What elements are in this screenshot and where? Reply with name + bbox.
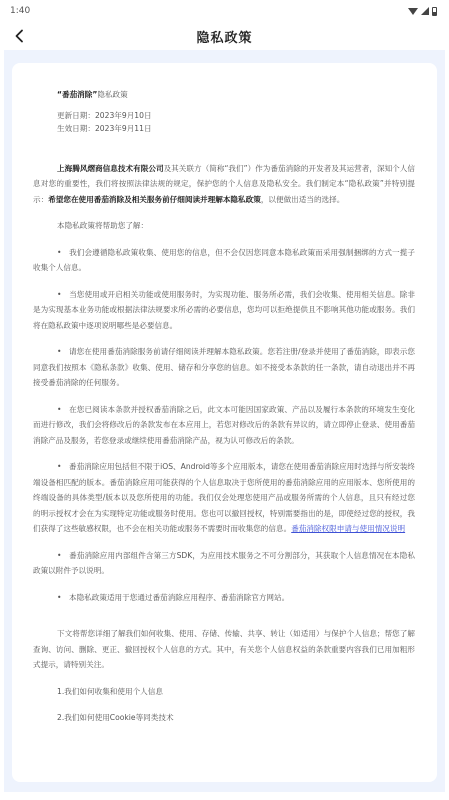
bullet-item: •我们会遵循隐私政策收集、使用您的信息，但不会仅因您同意本隐私政策而采用强制捆绑… bbox=[33, 245, 415, 276]
page-title: 隐私政策 bbox=[196, 27, 252, 46]
bullet-icon: • bbox=[57, 402, 69, 418]
content-area: “番茄消除”隐私政策 更新日期：2023年9月10日 生效日期：2023年9月1… bbox=[4, 50, 445, 792]
intro-paragraph: 上海腾风熠商信息技术有限公司及其关联方（简称“我们”）作为番茄消除的开发者及其运… bbox=[33, 161, 415, 208]
status-time: 1:40 bbox=[10, 6, 30, 16]
bullet-item: •请您在使用番茄消除服务前请仔细阅读并理解本隐私政策。您若注册/登录并使用了番茄… bbox=[33, 344, 415, 391]
summary-paragraph: 下文将帮您详细了解我们如何收集、使用、存储、传输、共享、转让（如适用）与保护个人… bbox=[33, 626, 415, 673]
toc-item-2[interactable]: 2.我们如何使用Cookie等同类技术 bbox=[33, 710, 415, 726]
document-title-rest: 隐私政策 bbox=[97, 90, 127, 99]
intro-text-3: ，以便做出适当的选择。 bbox=[261, 195, 345, 204]
status-bar: 1:40 bbox=[0, 0, 449, 22]
wifi-icon bbox=[408, 8, 418, 15]
document-title: “番茄消除”隐私政策 bbox=[33, 87, 415, 103]
intro-bold-notice: 希望您在使用番茄消除及相关服务前仔细阅读并理解本隐私政策 bbox=[48, 195, 261, 204]
updated-date: 更新日期：2023年9月10日 bbox=[33, 109, 415, 122]
bullet-icon: • bbox=[57, 590, 69, 606]
bullet-item: •本隐私政策适用于您通过番茄消除应用程序、番茄消除官方网站。 bbox=[33, 590, 415, 606]
bullet-item: •在您已阅读本条款并授权番茄消除之后，此文本可能因国家政策、产品以及履行本条款的… bbox=[33, 402, 415, 449]
company-name: 上海腾风熠商信息技术有限公司 bbox=[57, 164, 164, 173]
bullet-icon: • bbox=[57, 548, 69, 564]
bullet-item: •番茄消除应用内部组件含第三方SDK，为应用技术服务之不可分割部分，其获取个人信… bbox=[33, 548, 415, 579]
effective-date: 生效日期：2023年9月11日 bbox=[33, 122, 415, 135]
document-title-app: “番茄消除” bbox=[57, 90, 97, 99]
bullet-item: •番茄消除应用包括但不限于iOS、Android等多个应用版本，请您在使用番茄消… bbox=[33, 459, 415, 537]
battery-icon bbox=[432, 7, 437, 16]
app-bar: 隐私政策 bbox=[0, 22, 449, 50]
status-icons bbox=[408, 7, 437, 16]
back-button[interactable] bbox=[8, 24, 32, 48]
policy-card[interactable]: “番茄消除”隐私政策 更新日期：2023年9月10日 生效日期：2023年9月1… bbox=[12, 63, 437, 782]
toc-item-1[interactable]: 1.我们如何收集和使用个人信息 bbox=[33, 684, 415, 700]
bullet-icon: • bbox=[57, 287, 69, 303]
bullet-icon: • bbox=[57, 245, 69, 261]
signal-icon bbox=[421, 7, 429, 15]
chevron-left-icon bbox=[13, 29, 27, 43]
bullet-icon: • bbox=[57, 459, 69, 475]
bullet-icon: • bbox=[57, 344, 69, 360]
bullet-item: •当您使用或开启相关功能或使用服务时，为实现功能、服务所必需，我们会收集、使用相… bbox=[33, 287, 415, 334]
help-intro: 本隐私政策将帮助您了解： bbox=[33, 218, 415, 234]
permissions-link[interactable]: 番茄消除权限申请与使用情况说明 bbox=[291, 524, 405, 533]
